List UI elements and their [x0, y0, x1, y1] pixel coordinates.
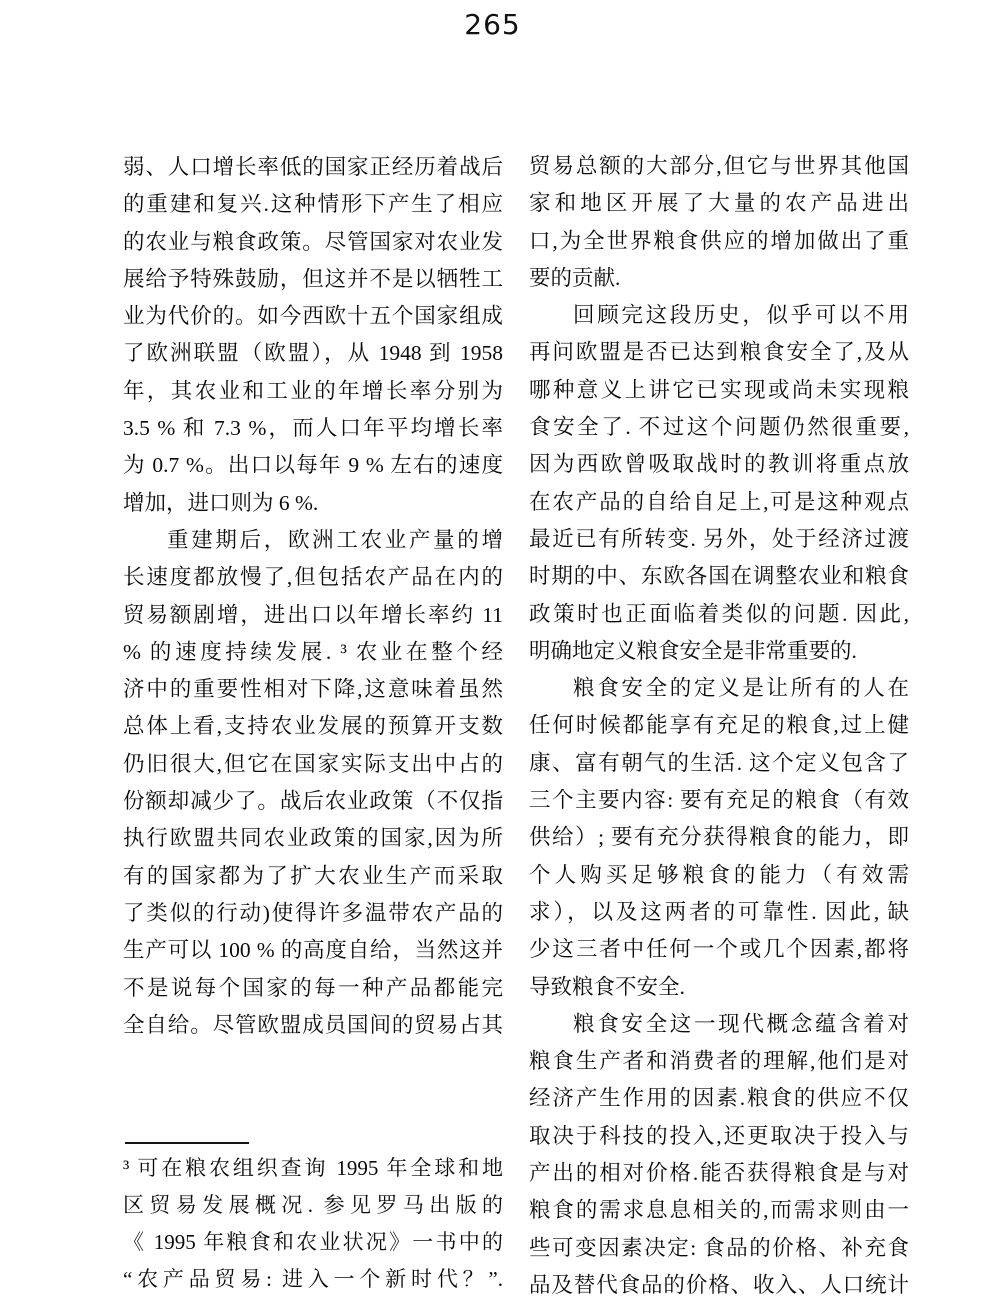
text-line: 粮食安全这一现代概念蕴含着对 [529, 1006, 909, 1043]
text-line: 品及替代食品的价格、收入、人口统计 [529, 1267, 909, 1304]
text-line: 家和地区开展了大量的农产品进出 [529, 185, 909, 222]
text-line: 少这三者中任何一个或几个因素,都将 [529, 931, 909, 968]
text-line: 导致粮食不安全. [529, 969, 909, 1006]
text-line: 业为代价的。如今西欧十五个国家组成 [123, 298, 503, 335]
text-line: 贸易总额的大部分,但它与世界其他国 [529, 148, 909, 185]
text-line: 时期的中、东欧各国在调整农业和粮食 [529, 558, 909, 595]
text-line: 取决于科技的投入,还更取决于投入与 [529, 1118, 909, 1155]
text-line: % 的速度持续发展. ³ 农业在整个经 [123, 634, 503, 671]
text-line: 回顾完这段历史，似乎可以不用 [529, 297, 909, 334]
text-line: 《 1995 年粮食和农业状况》一书中的 [123, 1224, 503, 1261]
text-line: 粮食生产者和消费者的理解,他们是对 [529, 1043, 909, 1080]
text-line: 生产可以 100 % 的高度自给，当然这并 [123, 932, 503, 969]
text-line: 执行欧盟共同农业政策的国家,因为所 [123, 820, 503, 857]
text-line: 的农业与粮食政策。尽管国家对农业发 [123, 224, 503, 261]
text-line: 为 0.7 %。出口以每年 9 % 左右的速度 [123, 447, 503, 484]
text-line: 任何时候都能享有充足的粮食,过上健 [529, 707, 909, 744]
text-line: 份额却减少了。战后农业政策（不仅指 [123, 783, 503, 820]
text-line: 增加，进口则为 6 %. [123, 485, 503, 522]
text-line: 有的国家都为了扩大农业生产而采取 [123, 858, 503, 895]
right-column: 贸易总额的大部分,但它与世界其他国家和地区开展了大量的农产品进出口,为全世界粮食… [529, 148, 909, 1304]
scanned-book-page: 265 弱、人口增长率低的国家正经历着战后的重建和复兴.这种情形下产生了相应的农… [0, 0, 1000, 1310]
text-line: 展给予特殊鼓励，但这并不是以牺牲工 [123, 261, 503, 298]
text-line: 3.5 % 和 7.3 %，而人口年平均增长率 [123, 410, 503, 447]
text-line: 弱、人口增长率低的国家正经历着战后 [123, 149, 503, 186]
text-line: 最近已有所转变. 另外，处于经济过渡 [529, 521, 909, 558]
text-line: “农产品贸易: 进入一个新时代？”. [123, 1261, 503, 1298]
text-line: 因为西欧曾吸取战时的教训将重点放 [529, 446, 909, 483]
footnote-lines: ³ 可在粮农组织查询 1995 年全球和地区贸易发展概况. 参见罗马出版的《 1… [123, 1150, 503, 1298]
text-line: 长速度都放慢了,但包括农产品在内的 [123, 559, 503, 596]
text-line: ³ 可在粮农组织查询 1995 年全球和地 [123, 1150, 503, 1187]
text-line: 了欧洲联盟（欧盟），从 1948 到 1958 [123, 335, 503, 372]
text-line: 哪种意义上讲它已实现或尚未实现粮 [529, 372, 909, 409]
text-line: 粮食安全的定义是让所有的人在 [529, 670, 909, 707]
text-line: 重建期后，欧洲工农业产量的增 [123, 522, 503, 559]
text-line: 全自给。尽管欧盟成员国间的贸易占其 [123, 1007, 503, 1044]
text-line: 贸易额剧增，进出口以年增长率约 11 [123, 597, 503, 634]
text-line: 总体上看,支持农业发展的预算开支数 [123, 708, 503, 745]
text-line: 济中的重要性相对下降,这意味着虽然 [123, 671, 503, 708]
footnote-rule [125, 1142, 249, 1144]
text-line: 不是说每个国家的每一种产品都能完 [123, 970, 503, 1007]
text-line: 个人购买足够粮食的能力（有效需 [529, 857, 909, 894]
text-line: 些可变因素决定: 食品的价格、补充食 [529, 1230, 909, 1267]
text-line: 经济产生作用的因素.粮食的供应不仅 [529, 1080, 909, 1117]
text-line: 口,为全世界粮食供应的增加做出了重 [529, 223, 909, 260]
text-line: 食安全了. 不过这个问题仍然很重要, [529, 409, 909, 446]
text-line: 再问欧盟是否已达到粮食安全了,及从 [529, 334, 909, 371]
text-line: 供给）; 要有充分获得粮食的能力，即 [529, 819, 909, 856]
text-line: 政策时也正面临着类似的问题. 因此, [529, 596, 909, 633]
text-line: 粮食的需求息息相关的,而需求则由一 [529, 1192, 909, 1229]
text-line: 产出的相对价格.能否获得粮食是与对 [529, 1155, 909, 1192]
text-line: 仍旧很大,但它在国家实际支出中占的 [123, 746, 503, 783]
footnote: ³ 可在粮农组织查询 1995 年全球和地区贸易发展概况. 参见罗马出版的《 1… [123, 1126, 503, 1298]
text-line: 年，其农业和工业的年增长率分别为 [123, 373, 503, 410]
text-line: 了类似的行动)使得许多温带农产品的 [123, 895, 503, 932]
text-line: 要的贡献. [529, 260, 909, 297]
text-line: 康、富有朝气的生活. 这个定义包含了 [529, 745, 909, 782]
left-column: 弱、人口增长率低的国家正经历着战后的重建和复兴.这种情形下产生了相应的农业与粮食… [123, 149, 503, 1044]
text-line: 三个主要内容: 要有充足的粮食（有效 [529, 782, 909, 819]
text-line: 在农产品的自给自足上,可是这种观点 [529, 484, 909, 521]
text-line: 的重建和复兴.这种情形下产生了相应 [123, 186, 503, 223]
text-line: 求），以及这两者的可靠性. 因此, 缺 [529, 894, 909, 931]
page-number: 265 [0, 8, 985, 41]
text-line: 明确地定义粮食安全是非常重要的. [529, 633, 909, 670]
text-line: 区贸易发展概况. 参见罗马出版的 [123, 1187, 503, 1224]
